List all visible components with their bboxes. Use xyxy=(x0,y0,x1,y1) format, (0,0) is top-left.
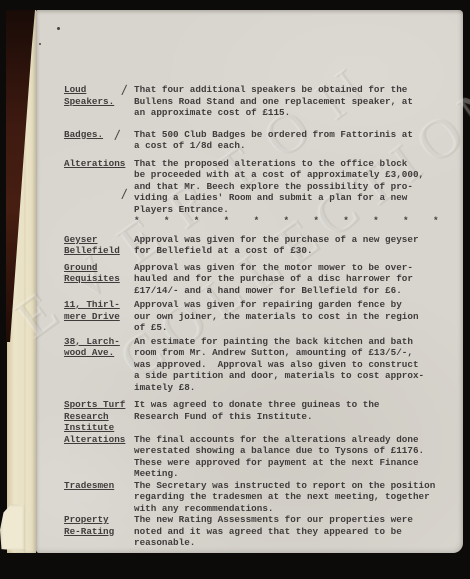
minute-entry: 11, Thirl-mere DriveApproval was given f… xyxy=(64,299,456,334)
minutes-rows: LoudSpeakers.That four additional speake… xyxy=(64,84,456,549)
separator-line: * * * * * * * * * * * xyxy=(134,215,456,227)
entry-heading-line: Alterations xyxy=(64,158,134,170)
entry-body-line: with any recommendations. xyxy=(134,503,456,515)
entry-heading: GroundRequisites xyxy=(64,262,134,285)
entry-heading-line: Ground xyxy=(64,262,134,274)
minute-entry: AlterationsThat the proposed alterations… xyxy=(64,158,456,216)
entry-body: Approval was given for repairing garden … xyxy=(134,299,456,334)
entry-body-line: Meeting. xyxy=(134,468,456,480)
entry-body-line: be proceeded with at a cost of approxima… xyxy=(134,169,456,181)
minute-entry: Badges.That 500 Club Badges be ordered f… xyxy=(64,129,456,152)
under-page-corner xyxy=(0,504,25,551)
entry-body-line: a side partition and door, materials to … xyxy=(134,370,456,382)
minute-entry: PropertyRe-RatingThe new Rating Assessme… xyxy=(64,514,456,549)
asterisk-separator: * * * * * * * * * * * xyxy=(64,215,456,227)
minute-entry: TradesmenThe Secretary was instructed to… xyxy=(64,480,456,515)
minute-entry: Sports TurfResearchInstituteIt was agree… xyxy=(64,399,456,434)
entry-body-line: Research Fund of this Institute. xyxy=(134,411,456,423)
entry-body-line: of £5. xyxy=(134,322,456,334)
entry-heading-line: Requisites xyxy=(64,273,134,285)
entry-heading: Alterations xyxy=(64,434,134,446)
entry-body-line: room from Mr. Andrew Sutton, amounting o… xyxy=(134,347,456,359)
entry-body-line: An estimate for painting the back kitche… xyxy=(134,336,456,348)
entry-body-line: Bullens Road Stand and one replacement s… xyxy=(134,96,456,108)
ink-speck xyxy=(57,27,60,30)
entry-body-line: The Secretary was instructed to report o… xyxy=(134,480,456,492)
entry-body-line: regarding the tradesmen at the next meet… xyxy=(134,491,456,503)
entry-heading: 11, Thirl-mere Drive xyxy=(64,299,134,322)
entry-body-line: imately £8. xyxy=(134,382,456,394)
entry-heading: Tradesmen xyxy=(64,480,134,492)
entry-body-line: These were approved for payment at the n… xyxy=(134,457,456,469)
entry-heading-line: 11, Thirl- xyxy=(64,299,134,311)
entry-heading: LoudSpeakers. xyxy=(64,84,134,107)
entry-body-line: £17/14/- and a hand mower for Bellefield… xyxy=(134,285,456,297)
entry-body-line: The new Rating Assessments for our prope… xyxy=(134,514,456,526)
entry-body-line: noted and it was agreed that they appear… xyxy=(134,526,456,538)
entry-body-line: and that Mr. Beech explore the possibili… xyxy=(134,181,456,193)
entry-heading-line: Loud xyxy=(64,84,134,96)
entry-body-line: Approval was given for repairing garden … xyxy=(134,299,456,311)
entry-body-line: viding a Ladies' Room and submit a plan … xyxy=(134,192,456,204)
entry-body-line: The final accounts for the alterations a… xyxy=(134,434,456,446)
entry-body: It was agreed to donate three guineas to… xyxy=(134,399,456,422)
entry-heading: Alterations xyxy=(64,158,134,170)
entry-heading-line: Bellefield xyxy=(64,245,134,257)
entry-body: That four additional speakers be obtaine… xyxy=(134,84,456,119)
entry-body-line: reasonable. xyxy=(134,537,456,549)
entry-heading: Badges. xyxy=(64,129,134,141)
entry-body: An estimate for painting the back kitche… xyxy=(134,336,456,394)
entry-body: The Secretary was instructed to report o… xyxy=(134,480,456,515)
entry-heading-line: Speakers. xyxy=(64,96,134,108)
entry-heading: 38, Larch-wood Ave. xyxy=(64,336,134,359)
entry-body-line: It was agreed to donate three guineas to… xyxy=(134,399,456,411)
entry-body: Approval was given for the purchase of a… xyxy=(134,234,456,257)
entry-heading: PropertyRe-Rating xyxy=(64,514,134,537)
entry-heading-line: Research xyxy=(64,411,134,423)
minute-entry: GroundRequisitesApproval was given for t… xyxy=(64,262,456,297)
entry-heading-line: Alterations xyxy=(64,434,134,446)
entry-body: Approval was given for the motor mower t… xyxy=(134,262,456,297)
entry-heading: GeyserBellefield xyxy=(64,234,134,257)
document-page: EVERTON COLLECTION / / / LoudSpeakers.Th… xyxy=(36,10,463,553)
entry-heading-line: Re-Rating xyxy=(64,526,134,538)
entry-heading-line: Geyser xyxy=(64,234,134,246)
entry-body: That the proposed alterations to the off… xyxy=(134,158,456,216)
entry-body-line: was approved. Approval was also given to… xyxy=(134,359,456,371)
ink-speck xyxy=(39,43,41,45)
entry-body-line: our own joiner, the materials to cost in… xyxy=(134,311,456,323)
entry-body-line: werestated showing a balance due to Tyso… xyxy=(134,445,456,457)
minute-entry: LoudSpeakers.That four additional speake… xyxy=(64,84,456,119)
entry-body-line: hauled and for the purchase of a disc ha… xyxy=(134,273,456,285)
entry-heading: Sports TurfResearchInstitute xyxy=(64,399,134,434)
entry-body-line: That four additional speakers be obtaine… xyxy=(134,84,456,96)
entry-heading-line: Institute xyxy=(64,422,134,434)
entry-body: * * * * * * * * * * * xyxy=(134,215,456,227)
entry-heading-line: wood Ave. xyxy=(64,347,134,359)
entry-heading-line: 38, Larch- xyxy=(64,336,134,348)
entry-body-line: That 500 Club Badges be ordered from Fat… xyxy=(134,129,456,141)
entry-body-line: a cost of 1/8d each. xyxy=(134,140,456,152)
minute-entry: GeyserBellefieldApproval was given for t… xyxy=(64,234,456,257)
entry-heading-line: Badges. xyxy=(64,129,134,141)
entry-body-line: Approval was given for the purchase of a… xyxy=(134,234,456,246)
entry-body: That 500 Club Badges be ordered from Fat… xyxy=(134,129,456,152)
entry-body-line: That the proposed alterations to the off… xyxy=(134,158,456,170)
entry-body-line: Approval was given for the motor mower t… xyxy=(134,262,456,274)
minute-entry: AlterationsThe final accounts for the al… xyxy=(64,434,456,480)
entry-heading-line: Tradesmen xyxy=(64,480,134,492)
entry-heading-line: mere Drive xyxy=(64,311,134,323)
entry-body: The new Rating Assessments for our prope… xyxy=(134,514,456,549)
entry-body-line: for Bellefield at a cost of £30. xyxy=(134,245,456,257)
entry-heading-line: Sports Turf xyxy=(64,399,134,411)
entry-heading-line: Property xyxy=(64,514,134,526)
entry-body-line: an approximate cost of £115. xyxy=(134,107,456,119)
entry-body: The final accounts for the alterations a… xyxy=(134,434,456,480)
minute-entry: 38, Larch-wood Ave.An estimate for paint… xyxy=(64,336,456,394)
entry-body-line: Players Entrance. xyxy=(134,204,456,216)
